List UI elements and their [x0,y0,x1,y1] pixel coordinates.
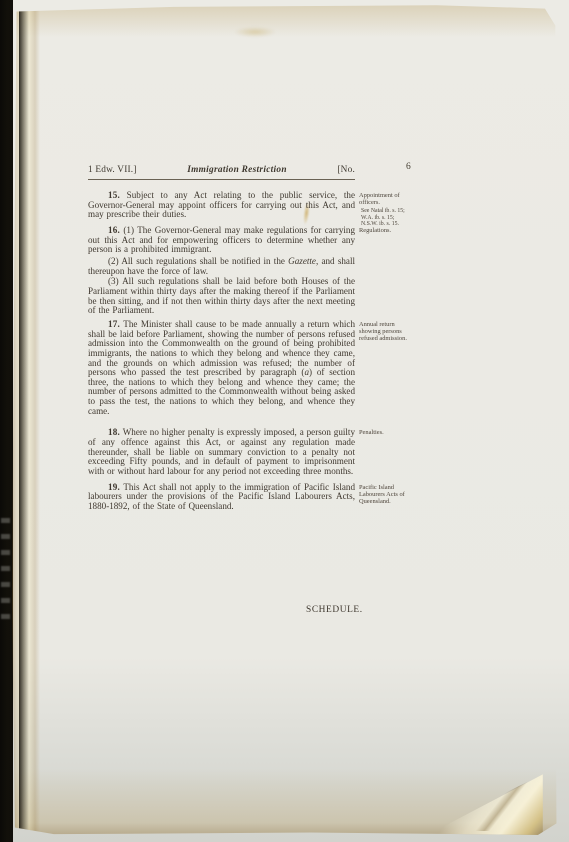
adjacent-page-ghost-marks [1,518,10,622]
header-act-title: Immigration Restriction [187,165,287,176]
margin-note-line: Pacific Island [359,484,439,491]
act-sections: 15. Subject to any Act relating to the p… [88,189,355,512]
margin-note-line: Queensland. [359,498,439,505]
page-number: 6 [406,162,411,172]
text-segment: 19. [108,482,120,492]
paragraph-s18: 18. Where no higher penalty is expressly… [88,428,355,476]
text-segment: Gazette [288,256,316,266]
paragraph-s15: 15. Subject to any Act relating to the p… [88,191,355,220]
paragraph-s16c: (3) All such regulations shall be laid b… [88,277,355,316]
margin-note-s17: Annual returnshowing personsrefused admi… [359,321,439,342]
text-segment: 15. [108,190,120,200]
margin-note-line: Annual return [359,321,439,328]
text-segment: Subject to any Act relating to the publi… [88,190,355,219]
text-segment: Where no higher penalty is expressly imp… [88,427,355,476]
paragraph-s16a: 16. (1) The Governor-General may make re… [88,226,355,255]
page-paper: 1 Edw. VII.] Immigration Restriction [No… [10,4,557,835]
margin-note-line: showing persons [359,328,439,335]
text-segment: 17. [108,319,120,329]
printed-content: 1 Edw. VII.] Immigration Restriction [No… [10,4,557,835]
margin-note-line: Labourers Acts of [359,491,439,498]
margin-note-line: officers. [359,199,439,206]
text-segment: 18. [108,427,120,437]
book-spine [0,0,13,842]
margin-note-s15: Appointment ofofficers.See Natal ib. s. … [359,192,439,227]
header-number-label: [No. [337,165,355,176]
header-regnal-year: 1 Edw. VII.] [88,165,137,176]
running-header: 1 Edw. VII.] Immigration Restriction [No… [88,165,355,180]
margin-note-s19: Pacific IslandLabourers Acts ofQueenslan… [359,484,439,505]
margin-note-s18: Penalties. [359,429,439,436]
text-segment: This Act shall not apply to the immigrat… [88,482,355,511]
text-segment: (1) The Governor-General may make regula… [88,225,355,254]
margin-note-line: Regulations. [359,227,439,234]
text-segment: 16. [108,225,120,235]
paragraph-s17: 17. The Minister shall cause to be made … [88,320,355,417]
text-segment: (2) All such regulations shall be notifi… [108,256,288,266]
text-segment: (3) All such regulations shall be laid b… [88,276,355,315]
paragraph-s16b: (2) All such regulations shall be notifi… [88,257,355,276]
margin-note-line: Penalties. [359,429,439,436]
margin-note-s16a: Regulations. [359,227,439,234]
margin-note-line: Appointment of [359,192,439,199]
scanned-book-page: 1 Edw. VII.] Immigration Restriction [No… [0,0,569,842]
paragraph-s19: 19. This Act shall not apply to the immi… [88,483,355,512]
schedule-heading: SCHEDULE. [306,605,363,615]
margin-note-line: refused admission. [359,335,439,342]
